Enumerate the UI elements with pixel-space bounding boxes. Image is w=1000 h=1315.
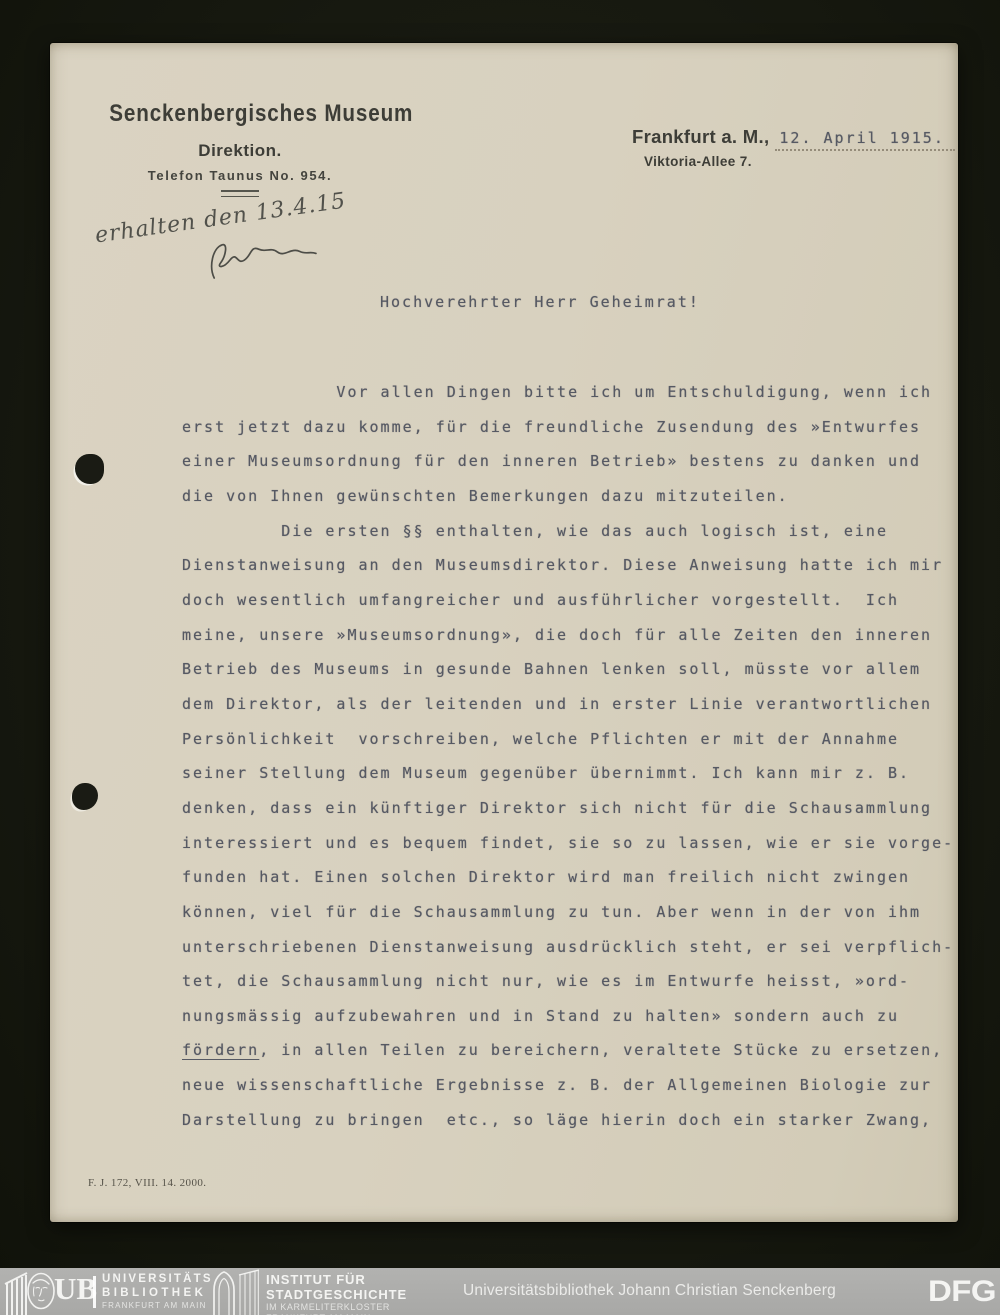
letter-line: dem Direktor, als der leitenden und in e… [182, 687, 972, 722]
goethe-portrait-icon [26, 1272, 56, 1310]
ub-logo-abbr: UB [54, 1273, 97, 1304]
letter-line: Betrieb des Museums in gesunde Bahnen le… [182, 652, 972, 687]
stadtgeschichte-wordmark: INSTITUT FÜR STADTGESCHICHTE IM KARMELIT… [266, 1271, 407, 1315]
dfg-logo: DFG [928, 1275, 996, 1309]
isg-line1: INSTITUT FÜR [266, 1273, 407, 1286]
letter-line: denken, dass ein künftiger Direktor sich… [182, 791, 972, 826]
letter-line: interessiert und es bequem findet, sie s… [182, 826, 972, 861]
letterhead-address: Viktoria-Allee 7. [644, 154, 955, 169]
typed-date: 12. April 1915. [775, 129, 954, 151]
letter-line: die von Ihnen gewünschten Bemerkungen da… [182, 479, 972, 514]
isg-line3: IM KARMELITERKLOSTER [266, 1303, 407, 1312]
letter-line: doch wesentlich umfangreicher und ausfüh… [182, 583, 972, 618]
letter-line: einer Museumsordnung für den inneren Bet… [182, 444, 972, 479]
date-place: Frankfurt a. M., [632, 126, 769, 148]
letter-line: seiner Stellung dem Museum gegenüber übe… [182, 756, 972, 791]
letterhead: Senckenbergisches Museum Direktion. Tele… [88, 100, 392, 197]
letterhead-phone: Telefon Taunus No. 954. [88, 168, 392, 183]
karmeliterkloster-arches-icon [211, 1269, 259, 1315]
letter-line: Darstellung zu bringen etc., so läge hie… [182, 1103, 972, 1138]
isg-line2: STADTGESCHICHTE [266, 1288, 407, 1301]
letter-line: können, viel für die Schausammlung zu tu… [182, 895, 972, 930]
letter-line: nungsmässig aufzubewahren und in Stand z… [182, 999, 972, 1034]
ub-wordmark: UNIVERSITÄTS BIBLIOTHEK FRANKFURT AM MAI… [102, 1274, 213, 1310]
letterhead-organization: Senckenbergisches Museum [109, 100, 370, 128]
letter-line: meine, unsere »Museumsordnung», die doch… [182, 618, 972, 653]
letter-line: tet, die Schausammlung nicht nur, wie es… [182, 964, 972, 999]
letter-body-lines: Vor allen Dingen bitte ich um Entschuldi… [182, 375, 972, 1137]
letterhead-rule [221, 190, 259, 197]
date-block: Frankfurt a. M., 12. April 1915. Viktori… [632, 126, 955, 169]
letter-line: neue wissenschaftliche Ergebnisse z. B. … [182, 1068, 972, 1103]
form-number: F. J. 172, VIII. 14. 2000. [88, 1177, 206, 1189]
letter-line: Vor allen Dingen bitte ich um Entschuldi… [182, 375, 972, 410]
scanned-letter-page: Senckenbergisches Museum Direktion. Tele… [0, 0, 1000, 1315]
ub-building-icon [4, 1269, 28, 1315]
ub-line3: FRANKFURT AM MAIN [102, 1302, 213, 1310]
library-name: Universitätsbibliothek Johann Christian … [463, 1282, 836, 1300]
punch-hole-top [75, 454, 104, 484]
letter-line: erst jetzt dazu komme, für die freundlic… [182, 410, 972, 445]
letterhead-department: Direktion. [88, 141, 392, 161]
ub-logo-separator [93, 1276, 96, 1308]
letter-line: Die ersten §§ enthalten, wie das auch lo… [182, 514, 972, 549]
salutation: Hochverehrter Herr Geheimrat! [380, 293, 700, 311]
letter-line: Dienstanweisung an den Museumsdirektor. … [182, 548, 972, 583]
letter-line: funden hat. Einen solchen Direktor wird … [182, 860, 972, 895]
letter-line: unterschriebenen Dienstanweisung ausdrüc… [182, 930, 972, 965]
letter-line: Persönlichkeit vorschreiben, welche Pfli… [182, 722, 972, 757]
ub-line1: UNIVERSITÄTS [102, 1274, 213, 1286]
letter-line: fördern, in allen Teilen zu bereichern, … [182, 1033, 972, 1068]
footer-bar: UB UNIVERSITÄTS BIBLIOTHEK FRANKFURT AM … [0, 1268, 1000, 1315]
ub-line2: BIBLIOTHEK [102, 1288, 213, 1300]
